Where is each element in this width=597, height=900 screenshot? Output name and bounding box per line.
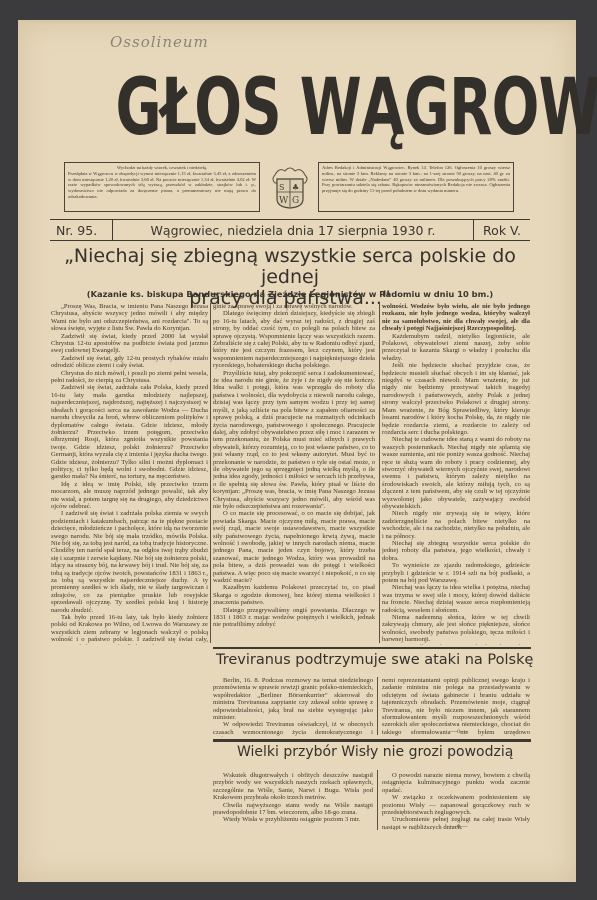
handwritten-note: Ossolineum — [110, 33, 209, 51]
paragraph: ginie za sprawę swoją i za sprawę wolnyc… — [213, 303, 375, 310]
svg-text:♣: ♣ — [292, 183, 299, 192]
article-separator: —o— — [450, 822, 468, 830]
editorial-address-box: Adres Redakcji i Administracji Wągrowiec… — [318, 162, 514, 212]
article1-column-3: wolności. Wodzów było wielu, ale nie był… — [382, 303, 530, 645]
paragraph: Jeśli nie będziecie słuchać przyjdzie cz… — [382, 362, 530, 436]
paragraph: Przyśliście tutaj, aby pokrzepić serca i… — [213, 370, 375, 511]
article1-headline: „Niechaj się zbiegną wszystkie serca pol… — [50, 246, 530, 309]
svg-text:S: S — [279, 183, 284, 192]
article-separator: —o— — [450, 727, 468, 735]
paragraph: Chwila najwyższego stanu wody na Wiśle n… — [213, 802, 373, 817]
masthead-title: GŁOS WĄGROWIECKI — [115, 62, 462, 154]
paragraph: Niechaj się zbiegną wszystkie serca pols… — [382, 540, 530, 562]
subscription-info-box: Wychodzi na każdy wtorek, czwartek i nie… — [64, 162, 260, 212]
paragraph: „Proszę Was, Bracia, w imieniu Pana Nasz… — [51, 303, 208, 333]
paragraph: Zadziwił się świat, zadrżała cała Polska… — [51, 384, 208, 480]
article1-column-1: „Proszę Was, Bracia, w imieniu Pana Nasz… — [51, 303, 208, 645]
article1-column-2: ginie za sprawę swoją i za sprawę wolnyc… — [213, 303, 375, 645]
paragraph: Niechaj was łączy ta idea wielka i potęż… — [382, 584, 530, 614]
subscription-text: Przedpłata w Wągrowcu w ekspedycji wynos… — [68, 171, 256, 199]
paragraph-bold: wolności. Wodzów było wielu, ale nie był… — [382, 303, 530, 333]
paragraph: Niech nigdy nie zrywają się te więzy, kt… — [382, 510, 530, 540]
issue-year: Rok V. — [474, 223, 530, 238]
issue-date: Wągrowiec, niedziela dnia 17 sierpnia 19… — [113, 220, 474, 240]
paragraph: Kazałbym każdemu Polakowi przeczytać to,… — [213, 584, 375, 606]
paragraph: O co macie się procesować, o co macie si… — [213, 510, 375, 584]
column-divider — [377, 770, 378, 830]
editorial-info-text: Adres Redakcji i Administracji Wągrowiec… — [322, 165, 510, 193]
section-divider — [213, 739, 531, 742]
paragraph: O powodzi narazie niema mowy, bowiem z c… — [382, 772, 530, 794]
paragraph: W tej myśli z całego serca, ukochani leg… — [382, 644, 530, 645]
paragraph: I zadziwił się świat i zadrżała polska z… — [51, 510, 208, 614]
paragraph: Wtedy Wisła w przybliżeniu osiągnie pozi… — [213, 816, 373, 823]
column-divider — [210, 303, 211, 643]
issue-number: Nr. 95. — [50, 220, 113, 240]
paragraph: Idę z ideą w imię Polski, idę przeciwko … — [51, 481, 208, 511]
article2-column-1: Berlin, 16. 8. Podczas rozmowy na temat … — [213, 677, 373, 737]
issue-info-bar: Nr. 95. Wągrowiec, niedziela dnia 17 sie… — [50, 219, 530, 241]
paragraph: Dlatego święcimy dzień dzisiejszy, kiedy… — [213, 310, 375, 369]
headline-line1: „Niechaj się zbiegną wszystkie serca pol… — [50, 246, 530, 288]
svg-text:G: G — [292, 196, 299, 206]
article2-headline: Treviranus podtrzymuje swe ataki na Pols… — [216, 652, 533, 668]
paragraph: Tak było przed 16-tu laty, tak było kied… — [51, 614, 208, 645]
paragraph: To wynieście ze zjazdu radomskiego, gdzi… — [382, 562, 530, 584]
paragraph: Niema nadeemną słońca, które w tej chwil… — [382, 614, 530, 644]
paragraph: W odpowiedzi Treviranus oświadczył, iż w… — [213, 721, 373, 737]
paragraph: Zadziwił się świat, gdy 12-tu prostych r… — [51, 355, 208, 370]
paragraph: Berlin, 16. 8. Podczas rozmowy na temat … — [213, 677, 373, 721]
column-divider — [377, 677, 378, 735]
coat-of-arms-icon: S ♣ W G — [269, 165, 311, 209]
paragraph: Każdemubym radził, nietylko legjoniście,… — [382, 333, 530, 363]
column-divider — [379, 303, 380, 643]
paragraph: Dlatego przegrywaliśmy ongiś powstania. … — [213, 607, 375, 629]
article3-headline: Wielki przybór Wisły nie grozi powodzią — [237, 744, 513, 760]
paragraph: Chrystus do nich mówił, i poszli po ziem… — [51, 370, 208, 385]
paragraph: W związku z oczekiwanem podniesieniem si… — [382, 794, 530, 816]
paragraph: Zadziwił się świat, kiedy przed 2000 lat… — [51, 333, 208, 355]
article1-subheadline: (Kazanie ks. biskupa Bandurskiego na Zje… — [48, 289, 532, 299]
section-divider — [213, 647, 531, 649]
paragraph: Wskutek długotrwałych i obfitych deszczó… — [213, 772, 373, 802]
paragraph: Niechaj te cudowne idee staną z wami do … — [382, 436, 530, 510]
article3-column-1: Wskutek długotrwałych i obfitych deszczó… — [213, 772, 373, 830]
svg-text:W: W — [279, 196, 289, 206]
